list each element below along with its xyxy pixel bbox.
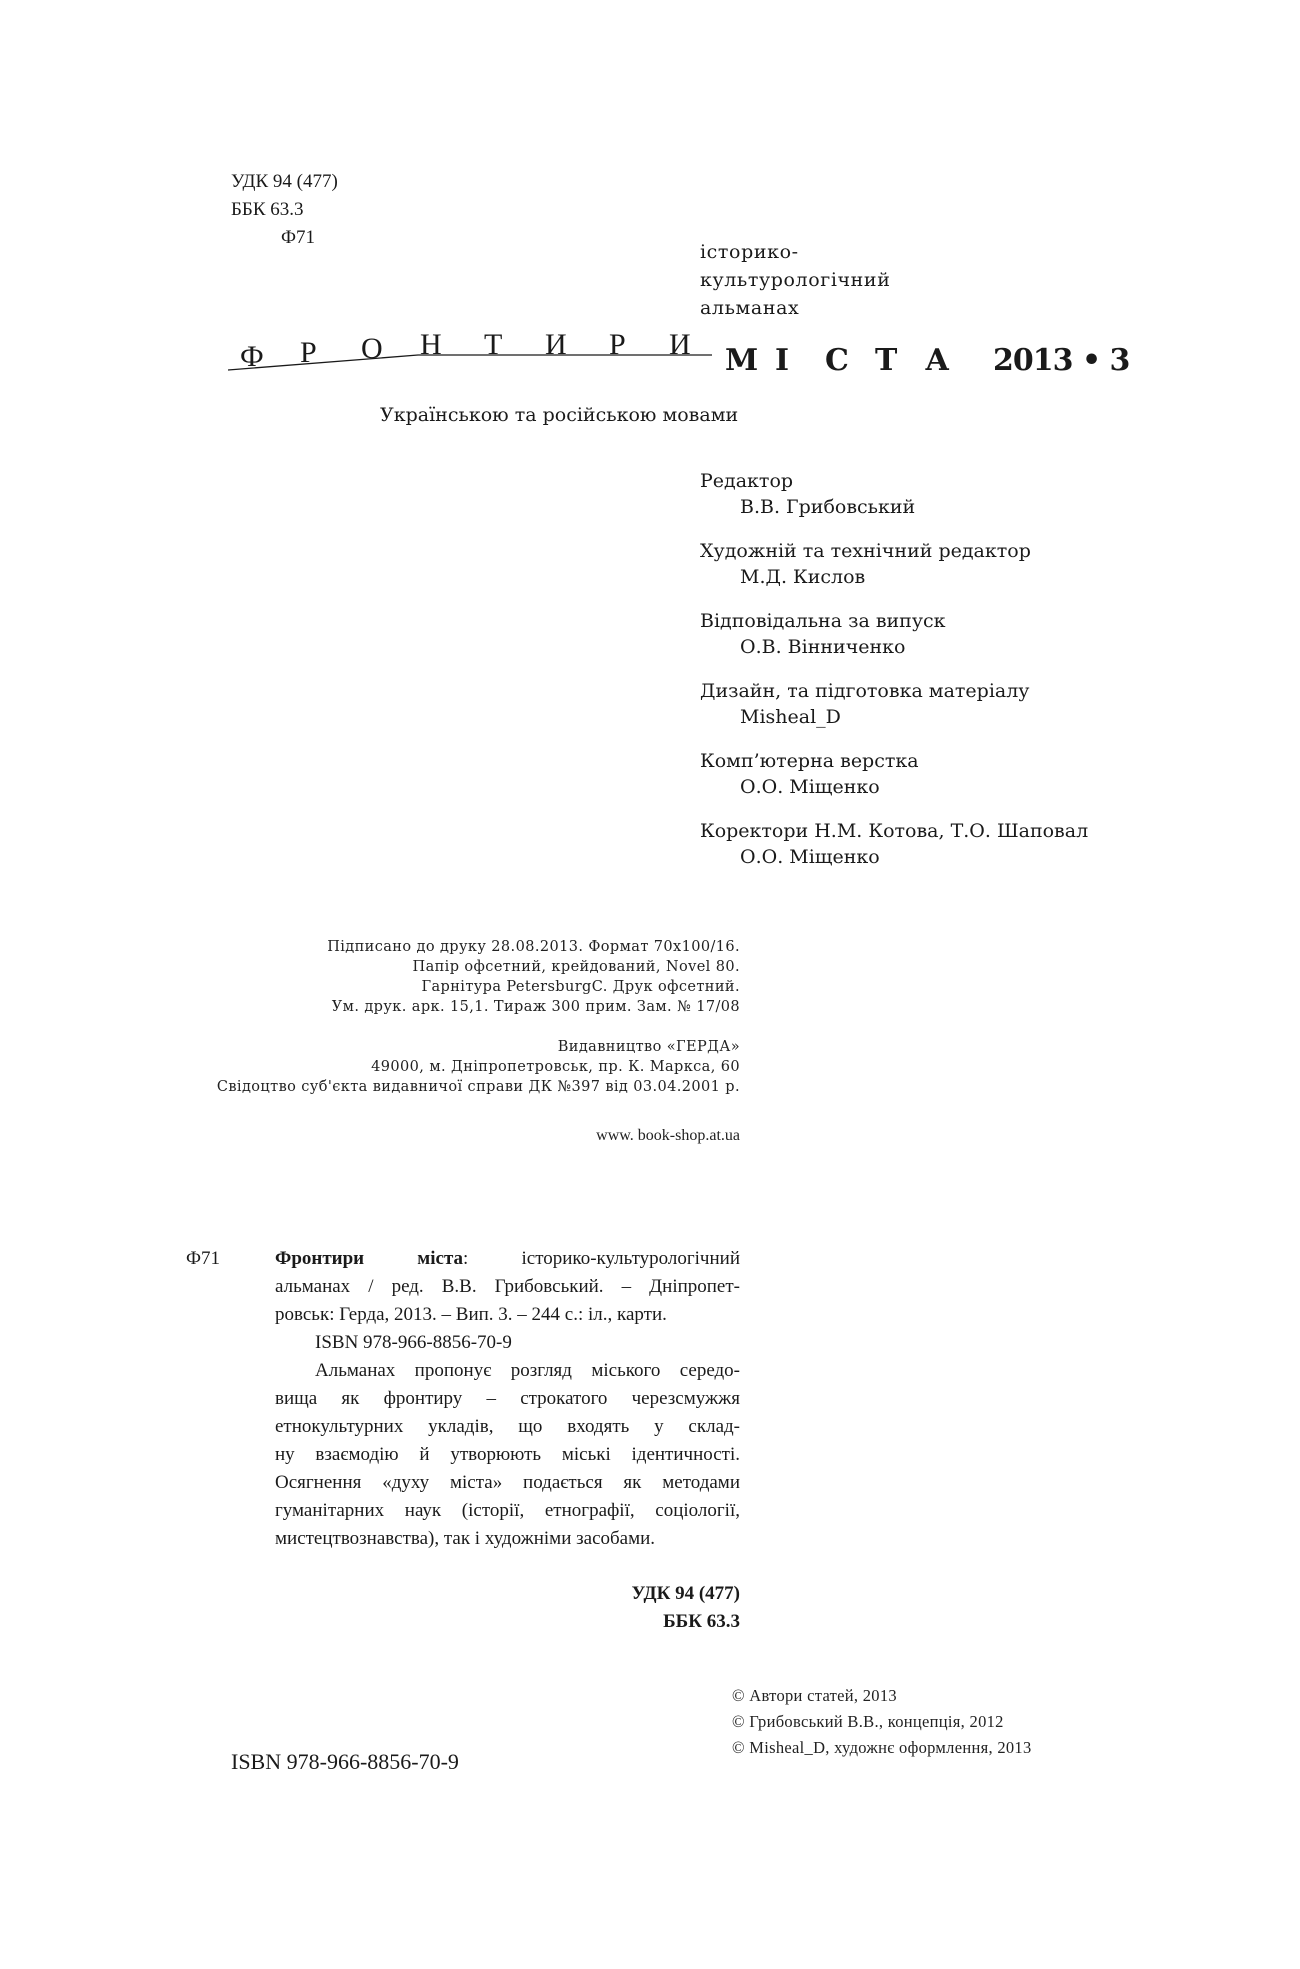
isbn: ISBN 978-966-8856-70-9 — [231, 1748, 459, 1776]
bib-title-line: Фронтири міста: історико-культурологічни… — [275, 1245, 740, 1273]
credit-entry: Відповідальна за випуск О.В. Вінниченко — [700, 608, 1088, 660]
almanac-subtitle: історико- культурологічний альманах — [700, 238, 890, 322]
title-letter: Ф — [240, 342, 264, 372]
bib-classification: УДК 94 (477) ББК 63.3 — [631, 1580, 740, 1636]
credit-name: М.Д. Кислов — [700, 564, 1088, 590]
title-letter: Р — [300, 338, 317, 368]
imprint-line: Папір офсетний, крейдований, Novel 80. — [327, 957, 740, 977]
credit-name: О.В. Вінниченко — [700, 634, 1088, 660]
subtitle-line: культурологічний — [700, 266, 890, 294]
credit-entry: Комп’ютерна верстка О.О. Міщенко — [700, 748, 1088, 800]
bib-line: альманах / ред. В.В. Грибовський. – Дніп… — [275, 1273, 740, 1301]
bib-author-mark: Ф71 — [186, 1245, 220, 1273]
copyright-line: © Автори статей, 2013 — [732, 1683, 1032, 1709]
bbk-code: ББК 63.3 — [231, 196, 338, 224]
credits-block: Редактор В.В. Грибовський Художній та те… — [700, 468, 1088, 888]
credit-name: В.В. Грибовський — [700, 494, 1088, 520]
almanac-title: Ф Р О Н Т И Р И МІСТА2013 • 3 — [228, 330, 1148, 390]
title-mista: МІСТА2013 • 3 — [725, 344, 1129, 378]
annotation-line: Осягнення «духу міста» подається як мето… — [275, 1469, 740, 1497]
publisher-certificate: Свідоцтво суб'єкта видавничої справи ДК … — [217, 1077, 740, 1097]
title-letter: І — [775, 344, 825, 378]
publisher-address: 49000, м. Дніпропетровськ, пр. К. Маркса… — [217, 1057, 740, 1077]
subtitle-line: історико- — [700, 238, 890, 266]
annotation-line: ну взаємодію й утворюють міські ідентичн… — [275, 1441, 740, 1469]
bib-title: Фронтири міста — [275, 1248, 463, 1269]
credit-role: Дизайн, та підготовка матеріалу — [700, 678, 1088, 704]
title-letter: М — [725, 344, 775, 378]
title-letter: Н — [420, 330, 442, 360]
subtitle-line: альманах — [700, 294, 890, 322]
author-mark: Ф71 — [231, 224, 338, 252]
publisher-details: Видавництво «ГЕРДА» 49000, м. Дніпропетр… — [217, 1037, 740, 1097]
credit-role: Художній та технічний редактор — [700, 538, 1088, 564]
annotation-line: етнокультурних укладів, що входять у скл… — [275, 1413, 740, 1441]
credit-entry: Редактор В.В. Грибовський — [700, 468, 1088, 520]
credit-role: Відповідальна за випуск — [700, 608, 1088, 634]
imprint-line: Підписано до друку 28.08.2013. Формат 70… — [327, 937, 740, 957]
classification-codes: УДК 94 (477) ББК 63.3 Ф71 — [231, 168, 338, 252]
title-letter: Р — [609, 330, 626, 360]
annotation-line: мистецтвознавства), так і художніми засо… — [275, 1525, 740, 1553]
bibliographic-record: Фронтири міста: історико-культурологічни… — [275, 1245, 740, 1553]
credit-role: Коректори Н.М. Котова, Т.О. Шаповал — [700, 818, 1088, 844]
credit-entry: Коректори Н.М. Котова, Т.О. Шаповал О.О.… — [700, 818, 1088, 870]
bib-title-rest: : історико-культурологічний — [463, 1248, 740, 1269]
imprint-line: Гарнітура PetersburgC. Друк офсетний. — [327, 977, 740, 997]
title-letter: А — [925, 344, 975, 378]
bib-bbk: ББК 63.3 — [631, 1608, 740, 1636]
credit-name: Misheal_D — [700, 704, 1088, 730]
credit-name: О.О. Міщенко — [700, 844, 1088, 870]
copyright-line: © Misheal_D, художнє оформлення, 2013 — [732, 1735, 1032, 1761]
udk-code: УДК 94 (477) — [231, 168, 338, 196]
title-letter: Т — [484, 330, 502, 360]
publisher-name: Видавництво «ГЕРДА» — [217, 1037, 740, 1057]
title-letter: И — [545, 330, 567, 360]
title-letter: С — [825, 344, 875, 378]
credit-role: Редактор — [700, 468, 1088, 494]
bib-line: ровськ: Герда, 2013. – Вип. 3. – 244 с.:… — [275, 1301, 740, 1329]
copyright-line: © Грибовський В.В., концепція, 2012 — [732, 1709, 1032, 1735]
credit-entry: Художній та технічний редактор М.Д. Кисл… — [700, 538, 1088, 590]
annotation-line: Альманах пропонує розгляд міського серед… — [275, 1357, 740, 1385]
imprint-details: Підписано до друку 28.08.2013. Формат 70… — [327, 937, 740, 1017]
credit-role: Комп’ютерна верстка — [700, 748, 1088, 774]
publisher-website: www. book-shop.at.ua — [596, 1125, 740, 1147]
imprint-line: Ум. друк. арк. 15,1. Тираж 300 прим. Зам… — [327, 997, 740, 1017]
annotation-line: гуманітарних наук (історії, етнографії, … — [275, 1497, 740, 1525]
title-letter: Т — [875, 344, 925, 378]
year-issue: 2013 • 3 — [993, 343, 1129, 378]
credit-name: О.О. Міщенко — [700, 774, 1088, 800]
title-letter: О — [361, 334, 383, 364]
bib-isbn: ISBN 978-966-8856-70-9 — [275, 1329, 740, 1357]
title-letter: И — [669, 330, 691, 360]
languages-note: Українською та російською мовами — [380, 402, 738, 428]
bib-udk: УДК 94 (477) — [631, 1580, 740, 1608]
credit-entry: Дизайн, та підготовка матеріалу Misheal_… — [700, 678, 1088, 730]
copyright-notices: © Автори статей, 2013 © Грибовський В.В.… — [732, 1683, 1032, 1761]
annotation-line: вища як фронтиру – строкатого черезсмужж… — [275, 1385, 740, 1413]
